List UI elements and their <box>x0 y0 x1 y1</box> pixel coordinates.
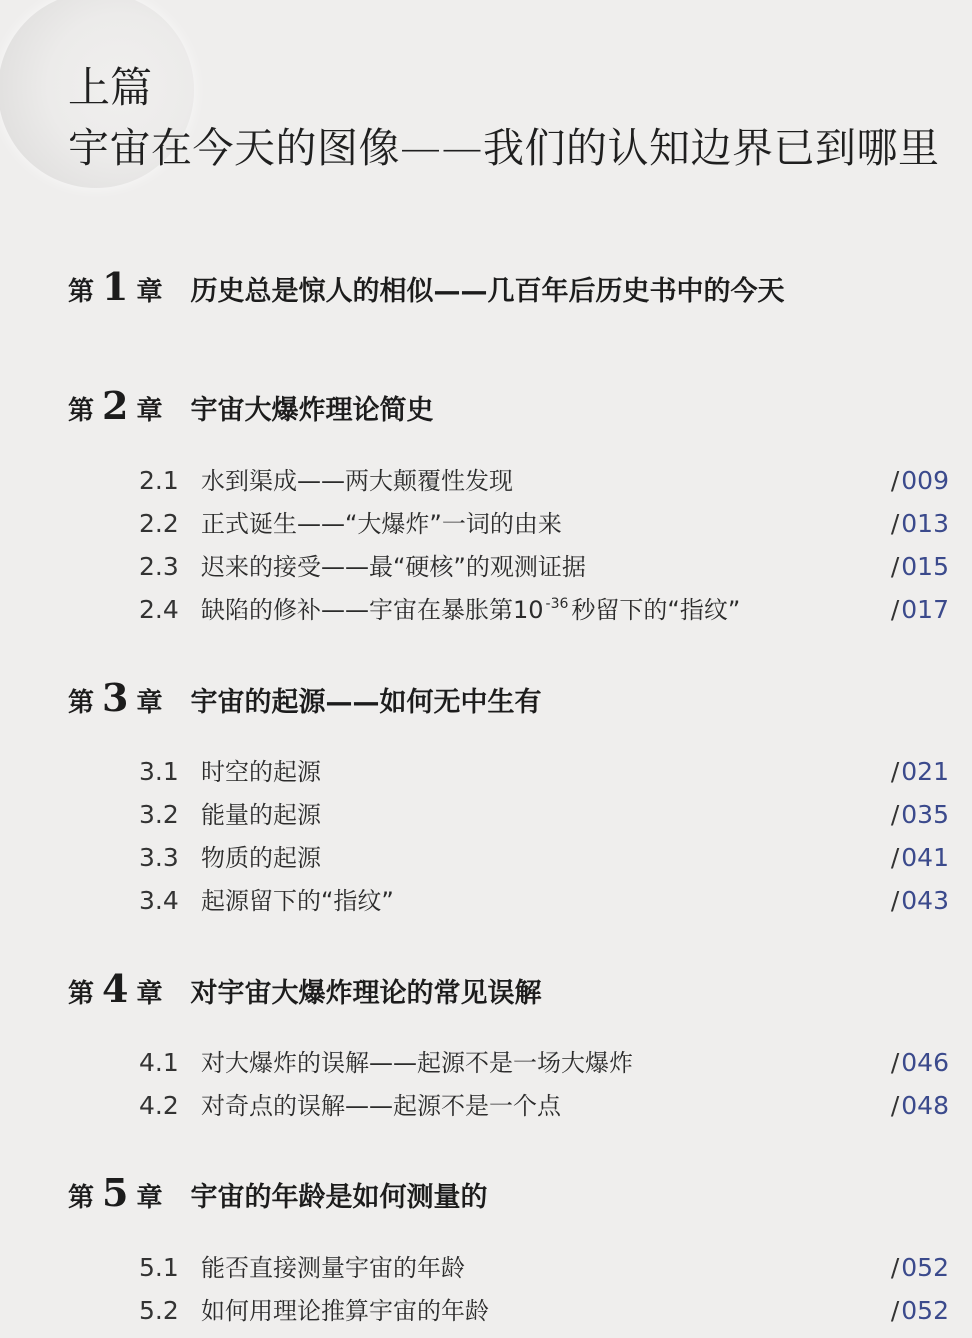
page-number: 048 <box>901 1091 949 1120</box>
section-title: 正式诞生——“大爆炸”一词的由来 <box>201 504 891 539</box>
page-slash: / <box>891 800 899 829</box>
page-number: 041 <box>901 843 949 872</box>
section-number: 3.4 <box>139 886 201 915</box>
page-ref: /015 <box>891 552 949 581</box>
section-title: 能量的起源 <box>201 795 891 830</box>
page-ref: /041 <box>891 843 949 872</box>
chapter-4-heading[interactable]: 第 4 章 对宇宙大爆炸理论的常见误解 <box>68 970 541 1010</box>
page-number: 052 <box>901 1296 949 1325</box>
chapter-2-heading[interactable]: 第 2 章 宇宙大爆炸理论简史 <box>68 387 433 427</box>
page-number: 035 <box>901 800 949 829</box>
section-title: 物质的起源 <box>201 838 891 873</box>
section-title: 对大爆炸的误解——起源不是一场大爆炸 <box>201 1043 891 1078</box>
section-title: 起源留下的“指纹” <box>201 881 891 916</box>
section-title: 对奇点的误解——起源不是一个点 <box>201 1086 891 1121</box>
page-number: 017 <box>901 595 949 624</box>
page-slash: / <box>891 509 899 538</box>
chapter-title: 宇宙大爆炸理论简史 <box>190 388 433 427</box>
section-number: 3.2 <box>139 800 201 829</box>
chapter-suffix: 章 <box>136 390 162 427</box>
page-ref: /046 <box>891 1048 949 1077</box>
chapter-suffix: 章 <box>136 973 162 1010</box>
toc-entry[interactable]: 2.2 正式诞生——“大爆炸”一词的由来 /013 <box>139 504 949 539</box>
section-title: 迟来的接受——最“硬核”的观测证据 <box>201 547 891 582</box>
part-heading: 上篇 宇宙在今天的图像——我们的认知边界已到哪里 <box>68 58 940 178</box>
part-label: 上篇 <box>68 58 940 118</box>
toc-entry[interactable]: 4.2 对奇点的误解——起源不是一个点 /048 <box>139 1086 949 1121</box>
chapter-prefix: 第 <box>68 271 94 308</box>
chapter-number: 5 <box>102 1174 128 1212</box>
section-title-post: 秒留下的“指纹” <box>571 596 740 624</box>
chapter-number: 4 <box>102 970 128 1008</box>
section-number: 2.3 <box>139 552 201 581</box>
page-slash: / <box>891 552 899 581</box>
chapter-suffix: 章 <box>136 682 162 719</box>
toc-entry[interactable]: 3.1 时空的起源 /021 <box>139 752 949 787</box>
chapter-5-heading[interactable]: 第 5 章 宇宙的年龄是如何测量的 <box>68 1174 487 1214</box>
page-slash: / <box>891 757 899 786</box>
page-ref: /052 <box>891 1296 949 1325</box>
toc-entry[interactable]: 5.2 如何用理论推算宇宙的年龄 /052 <box>139 1291 949 1326</box>
section-title: 能否直接测量宇宙的年龄 <box>201 1248 891 1283</box>
section-number: 3.3 <box>139 843 201 872</box>
page-ref: /013 <box>891 509 949 538</box>
section-title: 水到渠成——两大颠覆性发现 <box>201 461 891 496</box>
toc-entry[interactable]: 5.1 能否直接测量宇宙的年龄 /052 <box>139 1248 949 1283</box>
page-slash: / <box>891 1253 899 1282</box>
page-number: 013 <box>901 509 949 538</box>
page-ref: /035 <box>891 800 949 829</box>
page-number: 015 <box>901 552 949 581</box>
part-title: 宇宙在今天的图像——我们的认知边界已到哪里 <box>68 118 940 178</box>
section-number: 4.2 <box>139 1091 201 1120</box>
chapter-title: 对宇宙大爆炸理论的常见误解 <box>190 971 541 1010</box>
toc-entry[interactable]: 3.4 起源留下的“指纹” /043 <box>139 881 949 916</box>
page-slash: / <box>891 595 899 624</box>
chapter-title: 历史总是惊人的相似——几百年后历史书中的今天 <box>190 269 784 308</box>
chapter-number: 2 <box>102 387 128 425</box>
page-slash: / <box>891 466 899 495</box>
page-slash: / <box>891 843 899 872</box>
page-ref: /043 <box>891 886 949 915</box>
section-title-pre: 缺陷的修补——宇宙在暴胀第10 <box>201 596 544 624</box>
chapter-title: 宇宙的起源——如何无中生有 <box>190 680 541 719</box>
page-ref: /052 <box>891 1253 949 1282</box>
page-number: 043 <box>901 886 949 915</box>
page-ref: /009 <box>891 466 949 495</box>
toc-entry[interactable]: 3.2 能量的起源 /035 <box>139 795 949 830</box>
chapter-prefix: 第 <box>68 973 94 1010</box>
chapter-prefix: 第 <box>68 682 94 719</box>
section-number: 2.4 <box>139 595 201 624</box>
chapter-title: 宇宙的年龄是如何测量的 <box>190 1175 487 1214</box>
page-number: 021 <box>901 757 949 786</box>
chapter-number: 1 <box>102 268 128 306</box>
exponent: -36 <box>546 596 569 612</box>
toc-entry[interactable]: 3.3 物质的起源 /041 <box>139 838 949 873</box>
section-number: 4.1 <box>139 1048 201 1077</box>
toc-entry[interactable]: 2.3 迟来的接受——最“硬核”的观测证据 /015 <box>139 547 949 582</box>
page-slash: / <box>891 1048 899 1077</box>
page-number: 009 <box>901 466 949 495</box>
section-number: 5.2 <box>139 1296 201 1325</box>
page-ref: /021 <box>891 757 949 786</box>
toc-entry[interactable]: 2.4 缺陷的修补——宇宙在暴胀第10-36秒留下的“指纹” /017 <box>139 590 949 625</box>
chapter-3-heading[interactable]: 第 3 章 宇宙的起源——如何无中生有 <box>68 679 541 719</box>
page-slash: / <box>891 1091 899 1120</box>
section-title: 如何用理论推算宇宙的年龄 <box>201 1291 891 1326</box>
page-slash: / <box>891 1296 899 1325</box>
page-slash: / <box>891 886 899 915</box>
chapter-1-heading[interactable]: 第 1 章 历史总是惊人的相似——几百年后历史书中的今天 <box>68 268 784 308</box>
section-title: 时空的起源 <box>201 752 891 787</box>
chapter-number: 3 <box>102 679 128 717</box>
page-ref: /017 <box>891 595 949 624</box>
section-number: 2.1 <box>139 466 201 495</box>
page-number: 052 <box>901 1253 949 1282</box>
chapter-prefix: 第 <box>68 1177 94 1214</box>
toc-entry[interactable]: 2.1 水到渠成——两大颠覆性发现 /009 <box>139 461 949 496</box>
section-number: 2.2 <box>139 509 201 538</box>
page-ref: /048 <box>891 1091 949 1120</box>
chapter-prefix: 第 <box>68 390 94 427</box>
section-number: 3.1 <box>139 757 201 786</box>
chapter-suffix: 章 <box>136 271 162 308</box>
chapter-suffix: 章 <box>136 1177 162 1214</box>
section-number: 5.1 <box>139 1253 201 1282</box>
section-title: 缺陷的修补——宇宙在暴胀第10-36秒留下的“指纹” <box>201 590 891 625</box>
toc-entry[interactable]: 4.1 对大爆炸的误解——起源不是一场大爆炸 /046 <box>139 1043 949 1078</box>
page-number: 046 <box>901 1048 949 1077</box>
